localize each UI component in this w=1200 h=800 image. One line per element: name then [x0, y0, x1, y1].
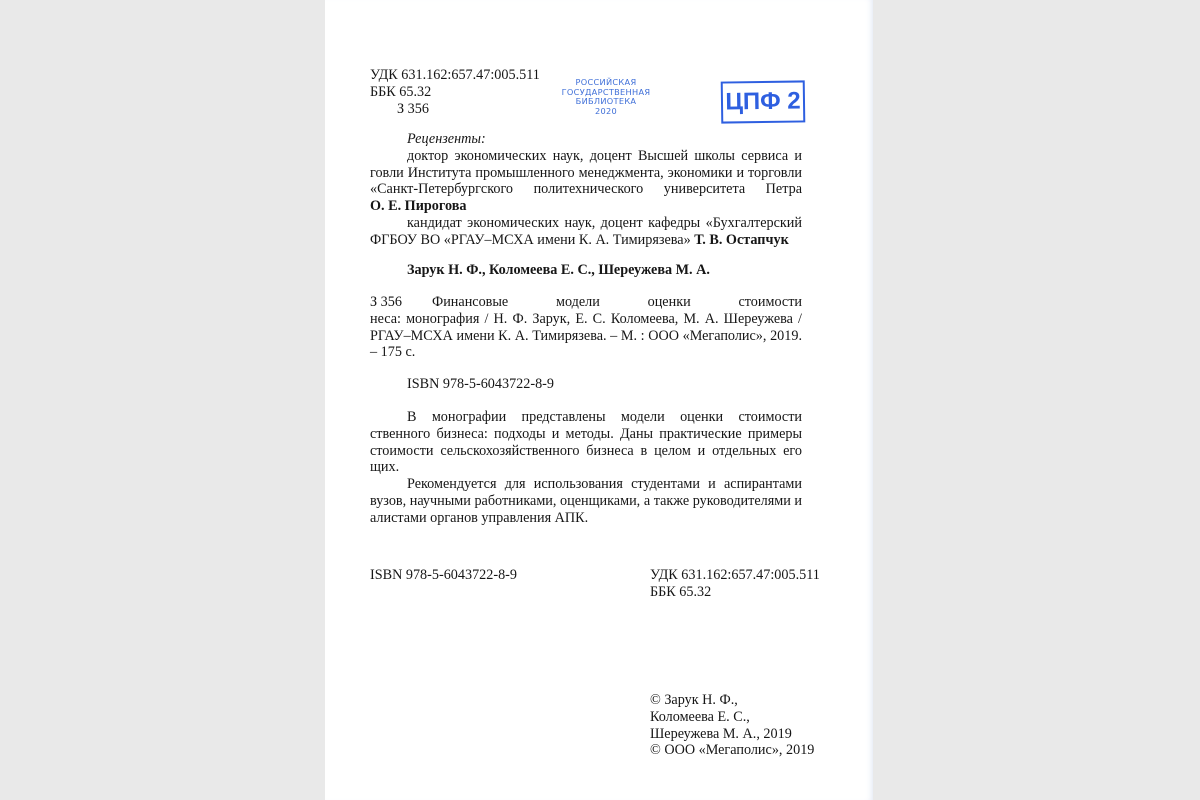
bibliography-record: Финансовые модели оценки стоимости сельс… — [432, 294, 802, 361]
annotation-line: щих. — [370, 459, 802, 476]
cpf-stamp: ЦПФ 2 — [721, 80, 806, 123]
reviewer-2-name: Т. В. Остапчук — [694, 232, 789, 248]
copyright-line: © Зарук Н. Ф., — [650, 692, 814, 709]
copyright-line: © ООО «Мегаполис», 2019 — [650, 742, 814, 759]
reviewer-1-line: доктор экономических наук, доцент Высшей… — [370, 148, 802, 165]
book-page: УДК 631.162:657.47:005.511 ББК 65.32 З 3… — [325, 0, 873, 800]
reviewers-heading: Рецензенты: — [370, 131, 802, 148]
annotation-line: стоимости сельскохозяйственного бизнеса … — [370, 443, 802, 460]
footer-udk: УДК 631.162:657.47:005.511 — [650, 567, 820, 584]
udk-code: УДК 631.162:657.47:005.511 — [370, 67, 540, 84]
author-sign: З 356 — [397, 101, 429, 118]
reviewer-1-line: «Санкт-Петербургского политехнического у… — [370, 181, 802, 198]
bbk-code: ББК 65.32 — [370, 84, 431, 101]
copyright-block: © Зарук Н. Ф., Коломеева Е. С., Шереужев… — [650, 692, 814, 759]
reviewers-section: Рецензенты: доктор экономических наук, д… — [370, 131, 802, 249]
annotation-line: В монографии представлены модели оценки … — [370, 409, 802, 426]
library-stamp-line: 2020 — [554, 107, 658, 117]
bibliography-line: РГАУ–МСХА имени К. А. Тимирязева. – М. :… — [370, 328, 802, 345]
reviewer-1-line: говли Института промышленного менеджмент… — [370, 165, 802, 182]
library-stamp: РОССИЙСКАЯ ГОСУДАРСТВЕННАЯ БИБЛИОТЕКА 20… — [554, 78, 658, 116]
annotation-line: вузов, научными работниками, оценщиками,… — [370, 493, 802, 510]
isbn: ISBN 978-5-6043722-8-9 — [407, 376, 554, 393]
authors-line: Зарук Н. Ф., Коломеева Е. С., Шереужева … — [407, 262, 710, 279]
annotation-line: алистами органов управления АПК. — [370, 510, 802, 527]
reviewer-2-line: кандидат экономических наук, доцент кафе… — [370, 215, 802, 232]
reviewer-2-affiliation: ФГБОУ ВО «РГАУ–МСХА имени К. А. Тимирязе… — [370, 232, 802, 249]
annotation: В монографии представлены модели оценки … — [370, 409, 802, 527]
reviewer-2-org: ФГБОУ ВО «РГАУ–МСХА имени К. А. Тимирязе… — [370, 232, 691, 248]
copyright-line: Коломеева Е. С., — [650, 709, 814, 726]
annotation-line: Рекомендуется для использования студента… — [370, 476, 802, 493]
reviewer-1-name: О. Е. Пирогова — [370, 198, 802, 215]
bibliography-line: – 175 с. — [370, 344, 802, 361]
copyright-line: Шереужева М. А., 2019 — [650, 726, 814, 743]
footer-isbn: ISBN 978-5-6043722-8-9 — [370, 567, 517, 584]
footer-bbk: ББК 65.32 — [650, 584, 711, 601]
bibliography-line: Финансовые модели оценки стоимости сельс… — [432, 294, 802, 311]
bibliography-line: неса: монография / Н. Ф. Зарук, Е. С. Ко… — [370, 311, 802, 328]
bibliography-code: З 356 — [370, 294, 402, 311]
annotation-line: ственного бизнеса: подходы и методы. Дан… — [370, 426, 802, 443]
